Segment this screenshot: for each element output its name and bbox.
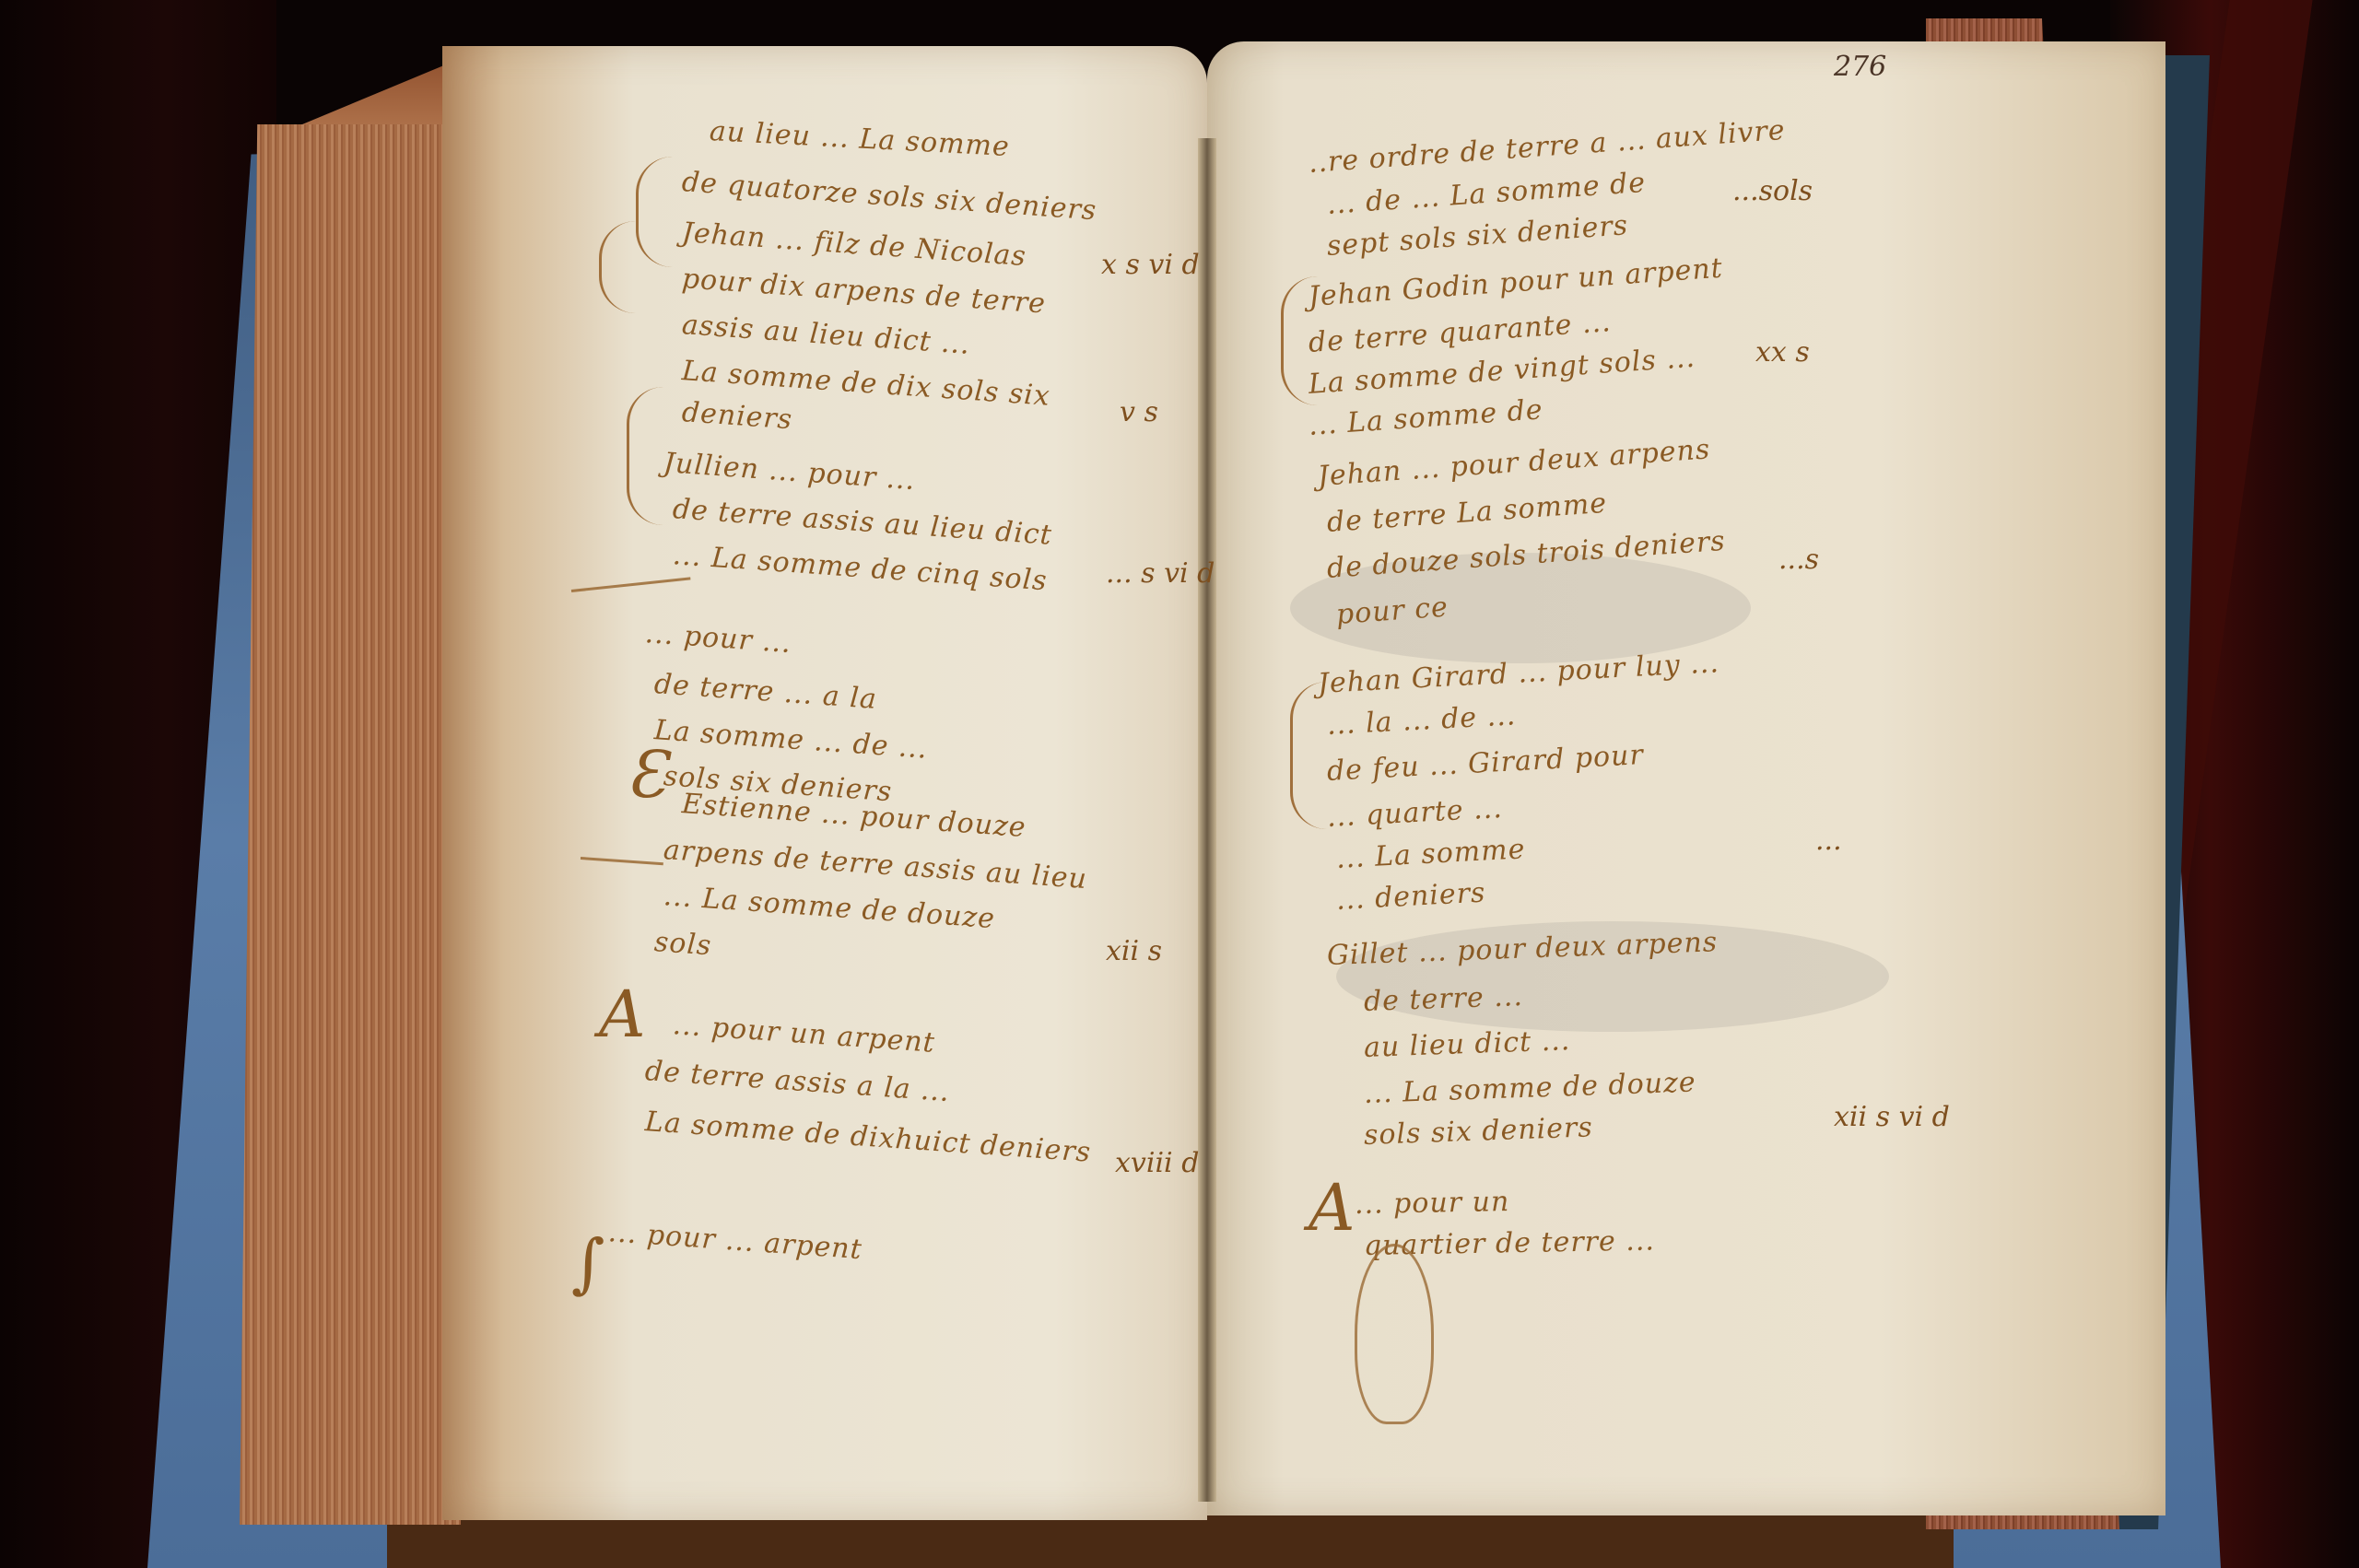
initial-flourish: Ɛ <box>627 737 667 813</box>
entry-bracket <box>1281 276 1339 405</box>
book-gutter <box>1198 138 1216 1502</box>
entry-bracket <box>627 387 685 525</box>
margin-amount: v s <box>1120 396 1158 428</box>
margin-amount: ... <box>1815 825 1842 857</box>
margin-amount: x s vi d <box>1101 249 1200 281</box>
margin-amount: xviii d <box>1115 1147 1199 1179</box>
entry-line: de terre ... <box>1363 980 1523 1018</box>
closing-flourish: ∫ <box>571 1225 604 1301</box>
folio-number: 276 <box>1834 51 1886 83</box>
margin-amount: xx s <box>1755 336 1810 369</box>
page-edges-left <box>240 124 461 1525</box>
initial-flourish: A <box>599 977 646 1052</box>
initial-flourish: A <box>1309 1170 1356 1246</box>
entry-bracket <box>1290 682 1348 829</box>
margin-amount: ...s <box>1778 544 1819 576</box>
margin-amount: xii s vi d <box>1834 1101 1950 1133</box>
margin-amount: ...sols <box>1732 175 1813 207</box>
margin-amount: ... s vi d <box>1106 557 1215 590</box>
entry-bracket <box>599 221 657 313</box>
signature-flourish <box>1355 1244 1434 1424</box>
margin-amount: xii s <box>1106 935 1162 967</box>
entry-line: sols <box>653 926 713 962</box>
entry-line: ... pour un <box>1355 1186 1510 1221</box>
